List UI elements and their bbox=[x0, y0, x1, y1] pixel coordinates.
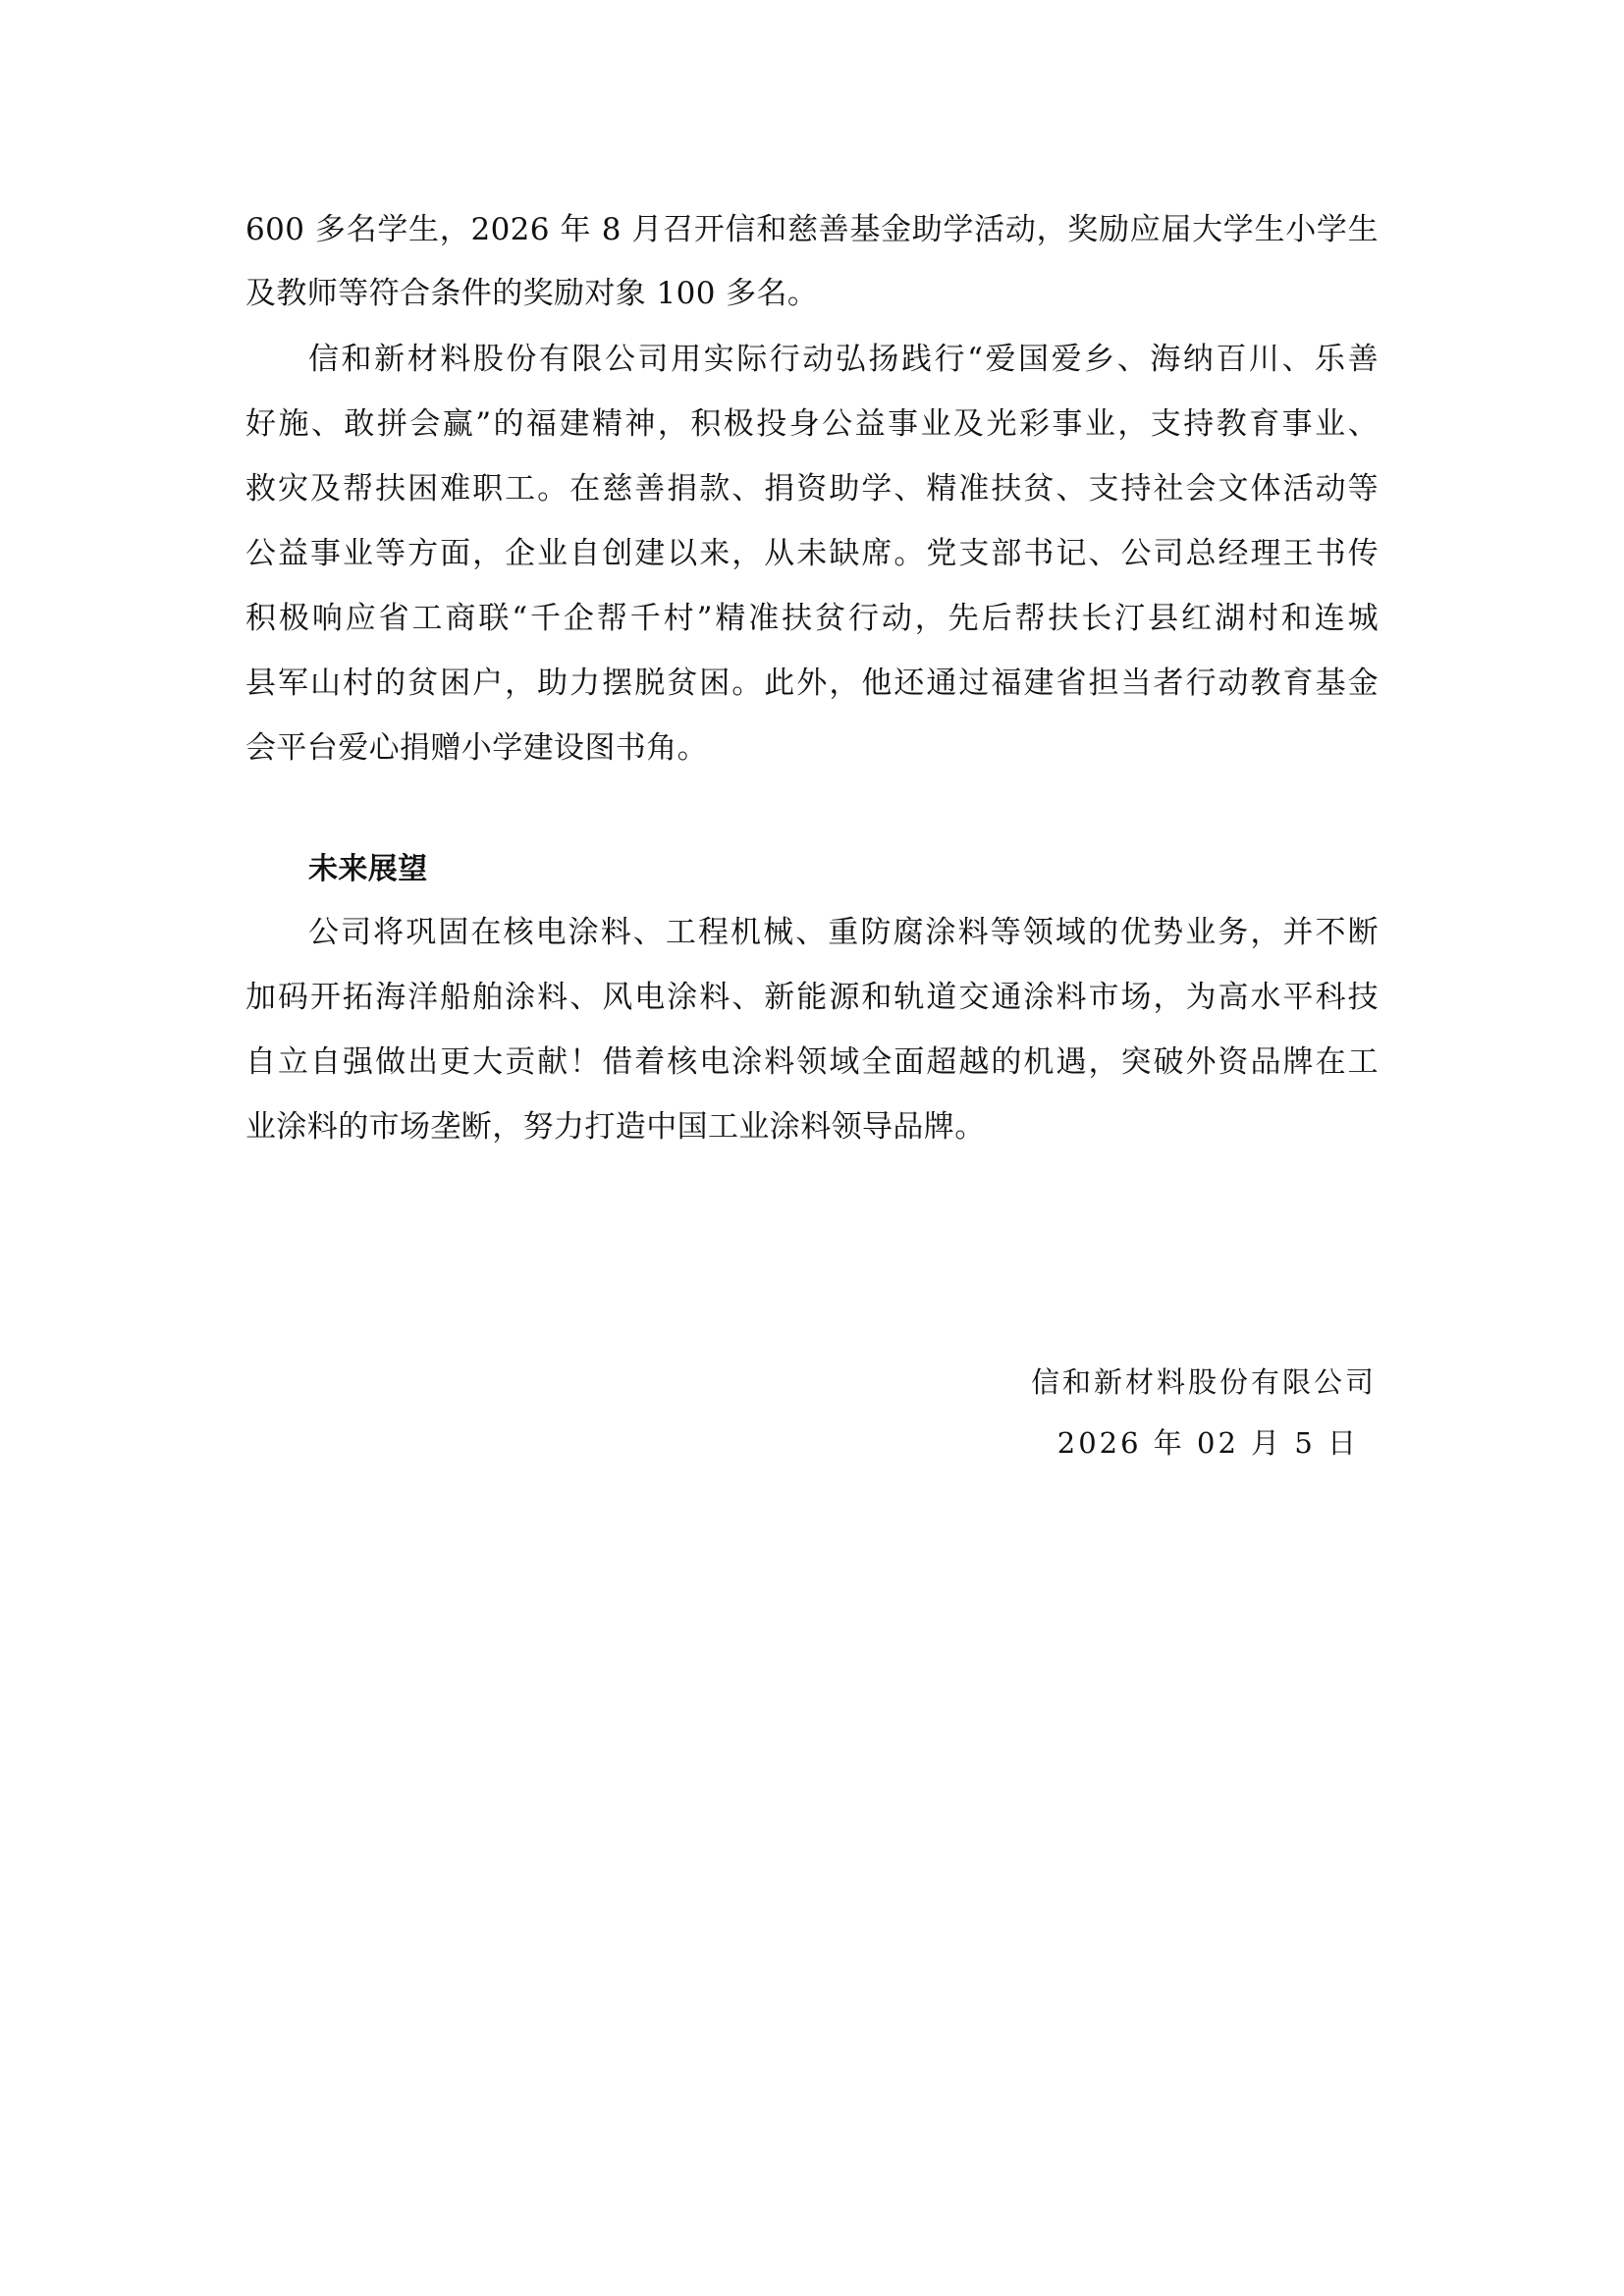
paragraph-line: 信和新材料股份有限公司用实际行动弘扬践行“爱国爱乡、海纳百川、乐善 bbox=[245, 340, 1379, 379]
paragraph-line: 及教师等符合条件的奖励对象 100 多名。 bbox=[245, 274, 1379, 313]
paragraph-line: 好施、敢拼会赢”的福建精神，积极投身公益事业及光彩事业，支持教育事业、 bbox=[245, 404, 1379, 444]
paragraph-line: 县军山村的贫困户，助力摆脱贫困。此外，他还通过福建省担当者行动教育基金 bbox=[245, 664, 1379, 703]
paragraph-line: 业涂料的市场垄断，努力打造中国工业涂料领导品牌。 bbox=[245, 1107, 1379, 1147]
paragraph-line: 积极响应省工商联“千企帮千村”精准扶贫行动，先后帮扶长汀县红湖村和连城 bbox=[245, 599, 1379, 638]
paragraph-line: 600 多名学生，2026 年 8 月召开信和慈善基金助学活动，奖励应届大学生小… bbox=[245, 210, 1379, 249]
paragraph-line: 加码开拓海洋船舶涂料、风电涂料、新能源和轨道交通涂料市场，为高水平科技 bbox=[245, 978, 1379, 1017]
signature-company: 信和新材料股份有限公司 bbox=[1031, 1362, 1377, 1402]
paragraph-line: 救灾及帮扶困难职工。在慈善捐款、捐资助学、精准扶贫、支持社会文体活动等 bbox=[245, 469, 1379, 508]
signature-date: 2026 年 02 月 5 日 bbox=[1057, 1423, 1359, 1463]
section-heading: 未来展望 bbox=[245, 850, 1379, 889]
paragraph-line: 公益事业等方面，企业自创建以来，从未缺席。党支部书记、公司总经理王书传 bbox=[245, 534, 1379, 573]
paragraph-line: 自立自强做出更大贡献！借着核电涂料领域全面超越的机遇，突破外资品牌在工 bbox=[245, 1042, 1379, 1082]
paragraph-line: 会平台爱心捐赠小学建设图书角。 bbox=[245, 728, 1379, 768]
paragraph-line: 公司将巩固在核电涂料、工程机械、重防腐涂料等领域的优势业务，并不断 bbox=[245, 913, 1379, 952]
